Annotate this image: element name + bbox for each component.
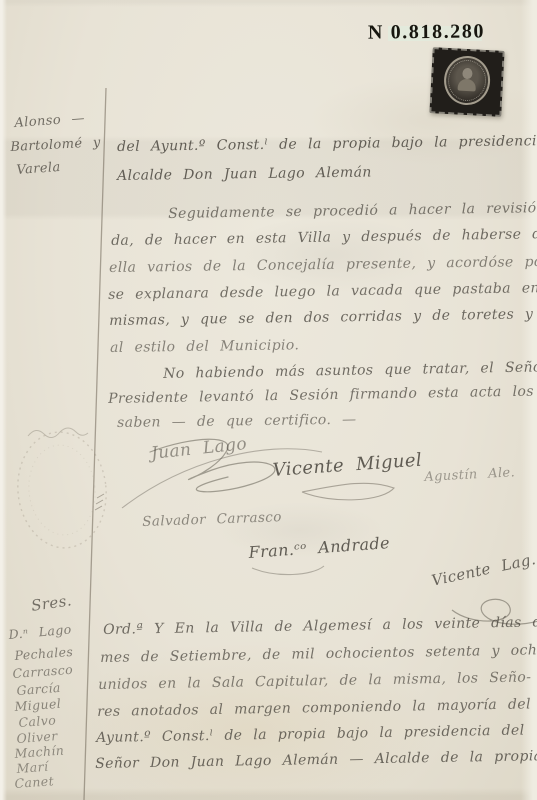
body-line: del Ayunt.º Const.ˡ de la propia bajo la… bbox=[117, 132, 537, 155]
attendee-name: Machín bbox=[14, 743, 65, 761]
margin-tick-marks-icon bbox=[95, 494, 104, 510]
attendee-name: Miguel bbox=[14, 696, 62, 714]
margin-rule-line bbox=[84, 88, 106, 800]
body-line: No habiendo más asuntos que tratar, el S… bbox=[163, 359, 537, 382]
margin-note: Bartolomé y bbox=[10, 135, 101, 155]
signature: Fran.ᶜᵒ Andrade bbox=[248, 533, 391, 562]
body-line: Presidente levantó la Sesión firmando es… bbox=[108, 383, 537, 407]
closing-line: Ord.ª Y En la Villa de Algemesí a los ve… bbox=[103, 614, 537, 638]
signature: Salvador Carrasco bbox=[142, 509, 282, 530]
body-line: Seguidamente se procedió a hacer la revi… bbox=[168, 198, 537, 222]
body-line: mismas, y que se den dos corridas y de t… bbox=[109, 305, 537, 329]
attendee-name: Canet bbox=[14, 773, 54, 791]
attendee-name: Pechales bbox=[14, 644, 74, 663]
signature-rubric-vicente-miguel-icon bbox=[302, 483, 394, 500]
margin-note: Alonso — bbox=[14, 111, 85, 131]
signature-rubric-andrade-icon bbox=[252, 566, 324, 575]
signature: Vicente Lag. bbox=[430, 550, 537, 590]
closing-line: Señor Don Juan Lago Alemán — Alcalde de … bbox=[95, 748, 537, 772]
attendee-name: Carrasco bbox=[12, 662, 73, 681]
stamp-oval-frame bbox=[443, 55, 492, 106]
serial-number: N 0.818.280 bbox=[368, 20, 485, 44]
body-line: saben — de que certifico. — bbox=[117, 412, 357, 431]
body-line: da, de hacer en esta Villa y después de … bbox=[111, 225, 537, 249]
body-line: al estilo del Municipio. bbox=[110, 337, 299, 356]
closing-line: unidos en la Sala Capitular, de la misma… bbox=[98, 669, 531, 693]
signature: Vicente Miguel bbox=[272, 450, 423, 481]
scanned-manuscript-page: N 0.818.280 Alonso — Bartolomé y Varela … bbox=[0, 0, 537, 800]
margin-note: Varela bbox=[16, 160, 61, 178]
attendee-name: Sres. bbox=[30, 591, 73, 615]
embossed-seal-icon bbox=[12, 428, 112, 553]
attendee-name: Calvo bbox=[18, 712, 57, 730]
pencil-scribble-icon bbox=[28, 428, 88, 438]
closing-line: Ayunt.º Const.ˡ de la propia bajo la pre… bbox=[96, 723, 525, 746]
body-line: Alcalde Don Juan Lago Alemán bbox=[117, 164, 372, 184]
closing-line: res anotados al margen componiendo la ma… bbox=[97, 696, 531, 720]
revenue-stamp bbox=[429, 47, 504, 117]
embossed-seal-inner-icon bbox=[24, 442, 99, 538]
body-line: ella varios de la Concejalía presente, y… bbox=[109, 253, 537, 276]
closing-line: mes de Setiembre, de mil ochocientos set… bbox=[100, 642, 537, 666]
signature: Juan Lago bbox=[150, 434, 248, 464]
attendee-name: D.ⁿ Lago bbox=[8, 622, 72, 642]
body-line: se explanara desde luego la vacada que p… bbox=[108, 279, 537, 303]
signature: Agustín Ale. bbox=[424, 465, 515, 485]
